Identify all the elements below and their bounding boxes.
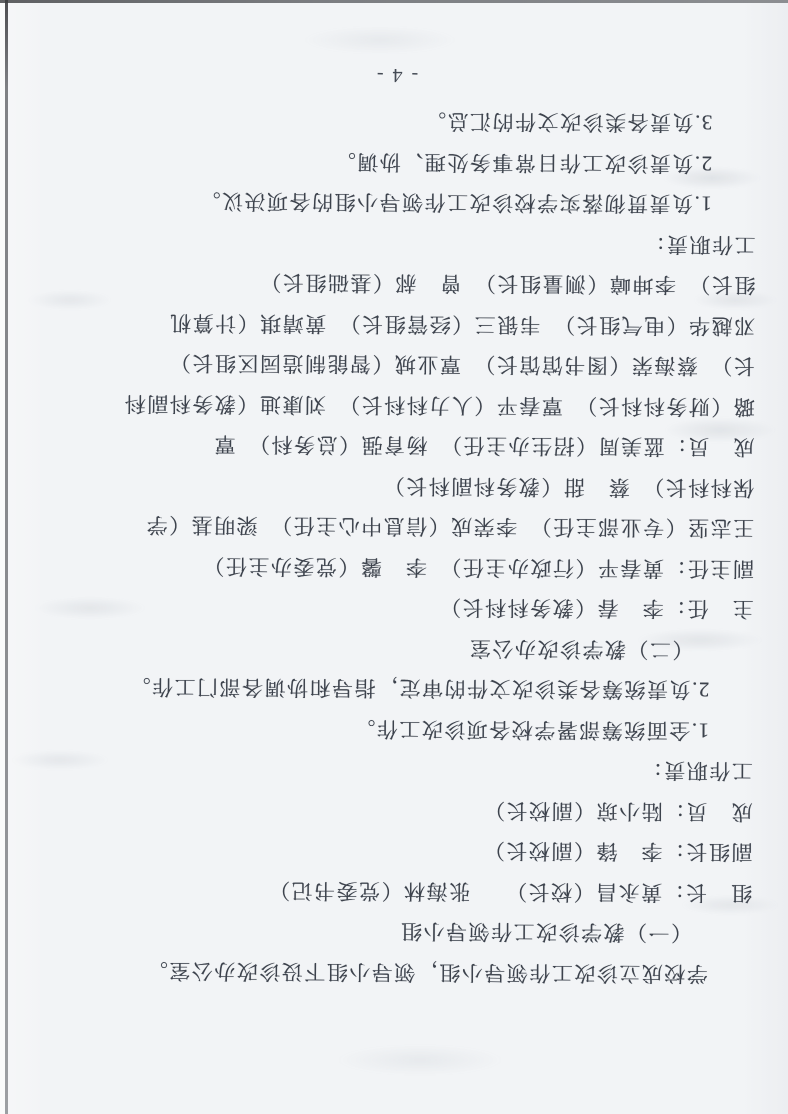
document-sheet-rotated-180: 学校成立诊改工作领导小组，领导小组下设诊改办公室。（一）教学诊改工作领导小组组 …: [0, 0, 788, 1114]
doc-line-label: 工作职责：: [32, 221, 756, 265]
page-number: - 4 -: [2, 53, 788, 97]
doc-line-item: 3.负责各类诊改文件的汇总。: [32, 99, 756, 143]
doc-line-cont: 邓越华（电气组长） 韦银三（经管组长） 黄靖琪（计算机: [31, 302, 755, 346]
doc-line-item: 1.全面统筹部署学校各项诊改工作。: [29, 707, 753, 751]
doc-line-item: 2.负责统筹各类诊改文件的审定，指导和协调各部门工作。: [29, 666, 753, 710]
doc-line-heading: （一）教学诊改工作领导小组: [28, 909, 752, 953]
doc-line-role: 组 长：黄永昌（校长） 张海林（党委书记）: [28, 869, 752, 913]
doc-line-cont: 组长） 李坤嶂（测量组长） 曾 郝（基础组长）: [31, 261, 755, 305]
doc-line-cont: 王志坚（专业部主任） 李荣成（信息中心主任） 梁明基（学: [30, 504, 754, 548]
doc-line-cont: 保科科长） 蔡 甜（教务科副科长）: [30, 464, 754, 508]
doc-line-label: 工作职责：: [29, 747, 753, 791]
doc-line-item: 2.负责诊改工作日常事务处理、协调。: [32, 140, 756, 184]
doc-line-role: 成 员：蓝美周（招生办主任） 杨育强（总务科） 覃: [30, 423, 754, 467]
doc-line-role: 成 员：陆小琼（副校长）: [29, 788, 753, 832]
doc-line-cont: 璐（财务科科长） 覃春平（人力科科长） 刘康迪（教务科副科: [31, 383, 755, 427]
doc-line-role: 副组长：李 锋（副校长）: [28, 828, 752, 872]
doc-line-item: 1.负责贯彻落实学校诊改工作领导小组的各项决议。: [32, 180, 756, 224]
doc-line-role: 副主任：黄春平（行政办主任） 李 馨（党委办主任）: [30, 545, 754, 589]
scanned-page: 学校成立诊改工作领导小组，领导小组下设诊改办公室。（一）教学诊改工作领导小组组 …: [0, 0, 788, 1114]
doc-line-heading: （二）教学诊改办公室: [29, 626, 753, 670]
doc-line-role: 主 任：李 春（教务科科长）: [30, 585, 754, 629]
doc-line-para: 学校成立诊改工作领导小组，领导小组下设诊改办公室。: [28, 950, 752, 994]
doc-line-cont: 长） 蔡海荣（图书馆馆长） 覃业城（智能制造园区组长）: [31, 342, 755, 386]
doc-lines: 学校成立诊改工作领导小组，领导小组下设诊改办公室。（一）教学诊改工作领导小组组 …: [0, 99, 788, 1114]
